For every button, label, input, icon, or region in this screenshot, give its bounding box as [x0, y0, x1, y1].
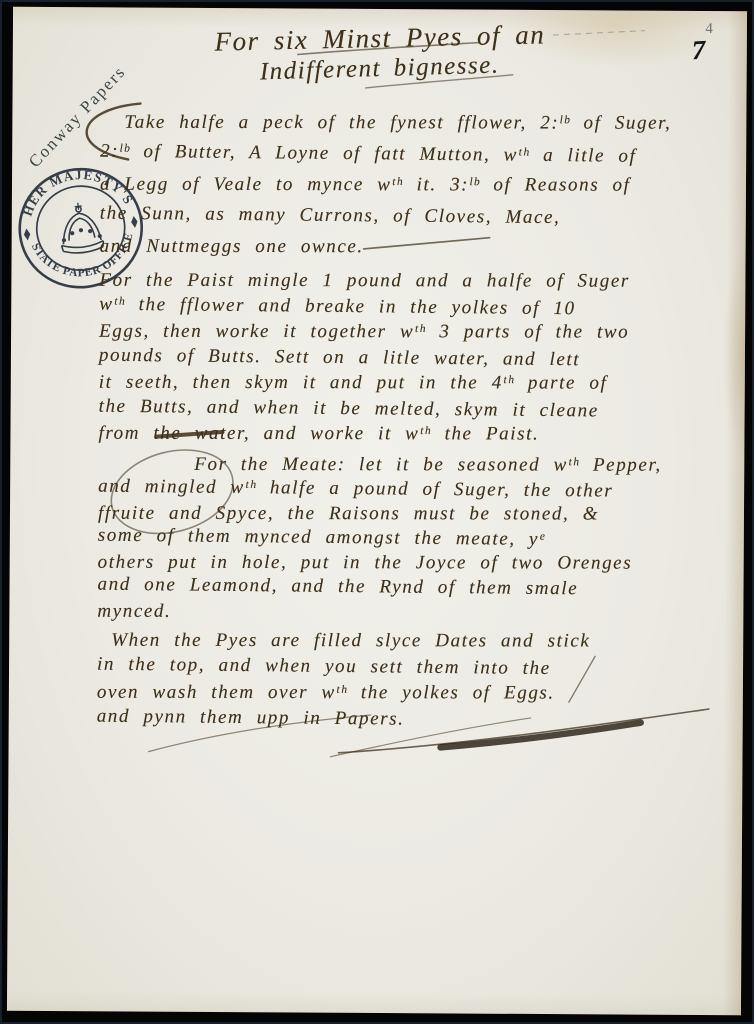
recipe-title: For six Minst Pyes of an Indifferent big…: [180, 22, 580, 84]
paragraph-ingredients: Take halfe a peck of the fynest fflower,…: [100, 105, 749, 264]
manuscript-line: and pynn them upp in Papers.: [97, 704, 745, 736]
paragraph-paist: For the Paist mingle 1 pound and a halfe…: [98, 266, 747, 448]
manuscript-line: ffruite and Spyce, the Raisons must be s…: [98, 501, 746, 527]
paragraph-meate: For the Meate: let it be seasoned wᵗʰ Pe…: [97, 451, 746, 626]
manuscript-line: others put in hole, put in the Joyce of …: [98, 550, 746, 576]
manuscript-line: When the Pyes are filled slyce Dates and…: [97, 628, 745, 655]
manuscript-line: from the water, and worke it wᵗʰ the Pai…: [98, 421, 746, 448]
manuscript-line: and mingled wᵗʰ halfe a pound of Suger, …: [98, 475, 746, 506]
manuscript-line: the Sunn, as many Currons, of Cloves, Ma…: [100, 198, 748, 235]
manuscript-line: some of them mynced amongst the meate, y…: [98, 524, 746, 555]
manuscript-line: For the Paist mingle 1 pound and a halfe…: [99, 268, 747, 295]
manuscript-line: it seeth, then skym it and put in the 4ᵗ…: [99, 370, 747, 397]
page-number: 7: [691, 35, 706, 67]
manuscript-line: Eggs, then worke it together wᵗʰ 3 parts…: [99, 319, 747, 346]
pencil-folio-number: 4: [705, 21, 713, 38]
manuscript-page: Conway Papers HER MAJESTY'S STATE PAPER …: [7, 7, 747, 1015]
paragraph-finishing: When the Pyes are filled slyce Dates and…: [97, 626, 746, 734]
recipe-body: Take halfe a peck of the fynest fflower,…: [97, 105, 749, 734]
manuscript-line: and one Leamond, and the Rynd of them sm…: [97, 573, 745, 604]
manuscript-line: oven wash them over wᵗʰ the yolkes of Eg…: [97, 680, 745, 707]
fleur-ornament-icon: [23, 228, 31, 241]
manuscript-line: and Nuttmeggs one ownce.: [100, 231, 748, 263]
manuscript-line: Take halfe a peck of the fynest fflower,…: [100, 107, 748, 139]
manuscript-line: mynced.: [97, 599, 745, 625]
crown-icon: [57, 200, 105, 255]
manuscript-line: 2:ˡᵇ of Butter, A Loyne of fatt Mutton, …: [100, 136, 748, 173]
manuscript-line: a Legg of Veale to mynce wᵗʰ it. 3:ˡᵇ of…: [100, 169, 748, 201]
manuscript-scan: { "annotations": { "collection_stamp": "…: [0, 0, 754, 1024]
manuscript-line: For the Meate: let it be seasoned wᵗʰ Pe…: [98, 452, 746, 478]
